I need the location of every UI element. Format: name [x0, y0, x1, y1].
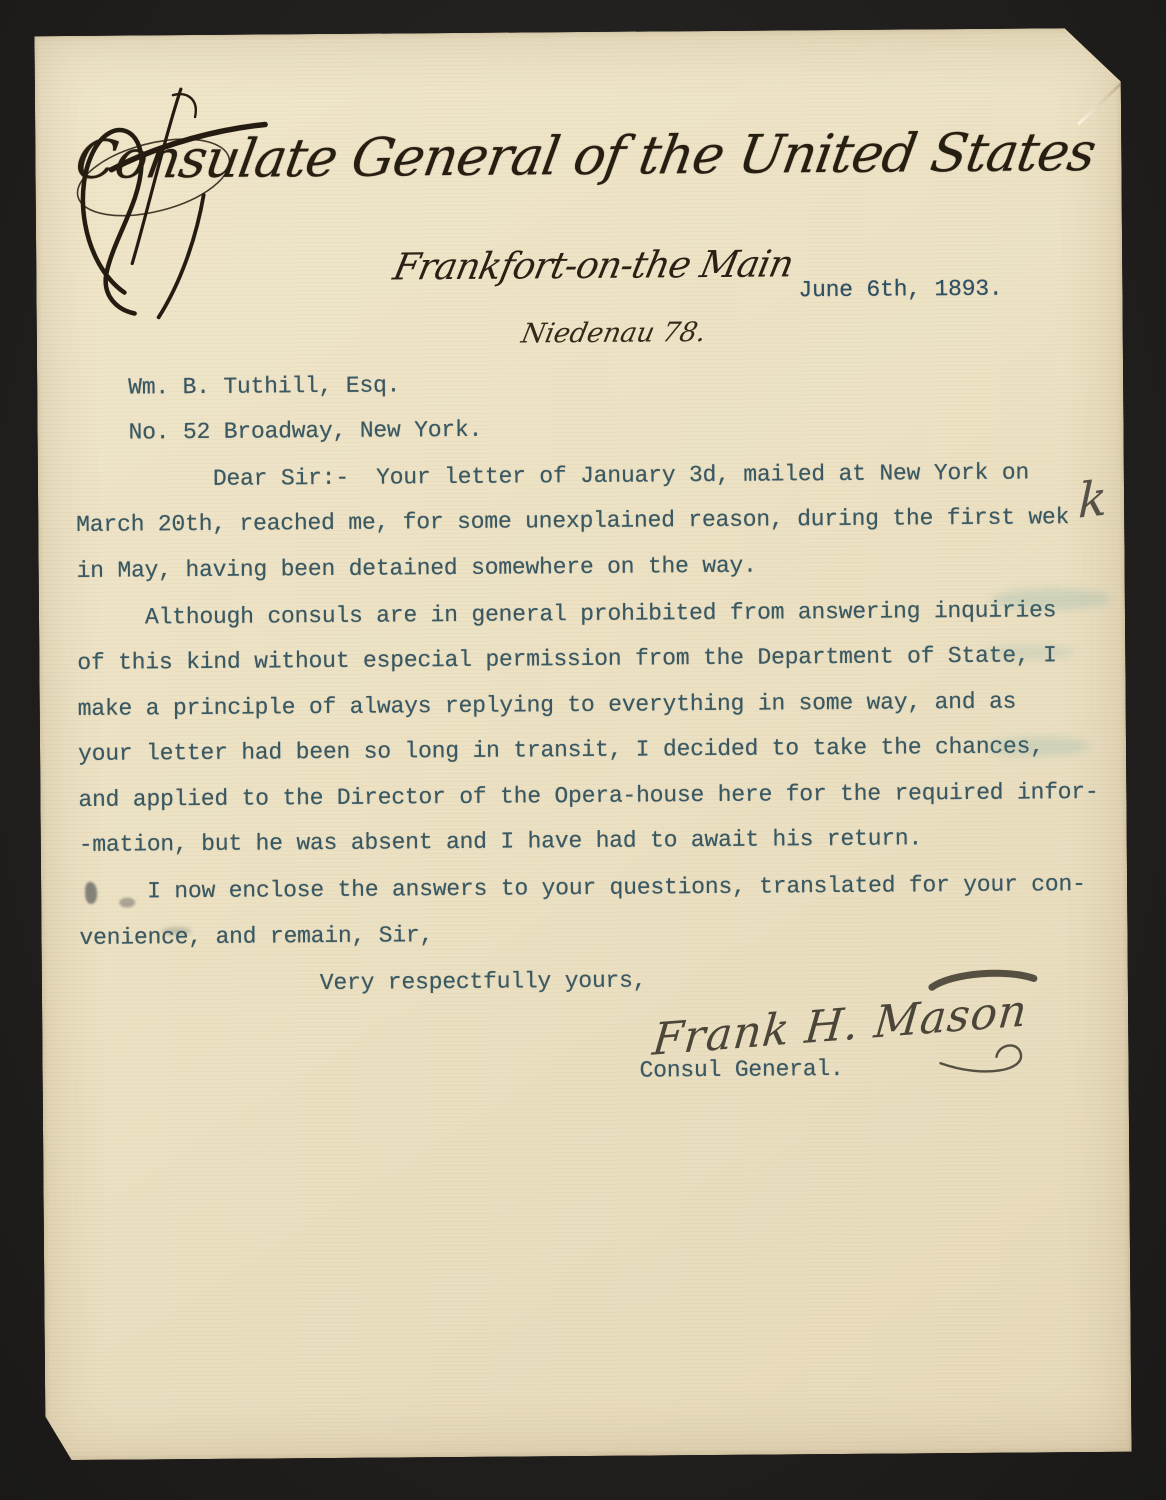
letterhead-location: Frankfort-on-the Main — [354, 242, 833, 289]
body-line: I now enclose the answers to your questi… — [79, 862, 1121, 916]
letter-page: Consulate General of the United States F… — [34, 28, 1131, 1460]
ink-blot — [85, 882, 97, 904]
folded-corner — [1062, 28, 1120, 84]
fold-crease-line — [1077, 82, 1123, 125]
body-line: in May, having been detained somewhere o… — [76, 540, 1118, 594]
signer-title: Consul General. — [639, 1056, 843, 1084]
body-line: venience, and remain, Sir, — [79, 908, 1121, 962]
ink-blot — [119, 898, 135, 908]
body-line: Although consuls are in general prohibit… — [77, 588, 1119, 642]
letter-date: June 6th, 1893. — [798, 276, 1002, 304]
letter-body: Wm. B. Tuthill, Esq. No. 52 Broadway, Ne… — [75, 358, 1122, 1009]
letterhead-title: Consulate General of the United States — [58, 122, 1112, 191]
body-line: make a principle of always replying to e… — [78, 679, 1120, 733]
body-line: Dear Sir:- Your letter of January 3d, ma… — [76, 450, 1118, 504]
recipient-address: No. 52 Broadway, New York. — [75, 403, 1117, 457]
letterhead-street: Niedenau 78. — [436, 316, 792, 350]
handwritten-correction: k — [1077, 470, 1107, 530]
photo-backdrop: Consulate General of the United States F… — [0, 0, 1166, 1500]
body-line: and applied to the Director of the Opera… — [78, 769, 1120, 823]
body-line: -mation, but he was absent and I have ha… — [79, 815, 1121, 869]
body-line: of this kind without especial permission… — [77, 633, 1119, 687]
body-line: March 20th, reached me, for some unexpla… — [76, 495, 1118, 549]
pen-flourish — [53, 76, 285, 328]
body-line: your letter had been so long in transit,… — [78, 724, 1120, 778]
recipient-name: Wm. B. Tuthill, Esq. — [75, 358, 1117, 412]
